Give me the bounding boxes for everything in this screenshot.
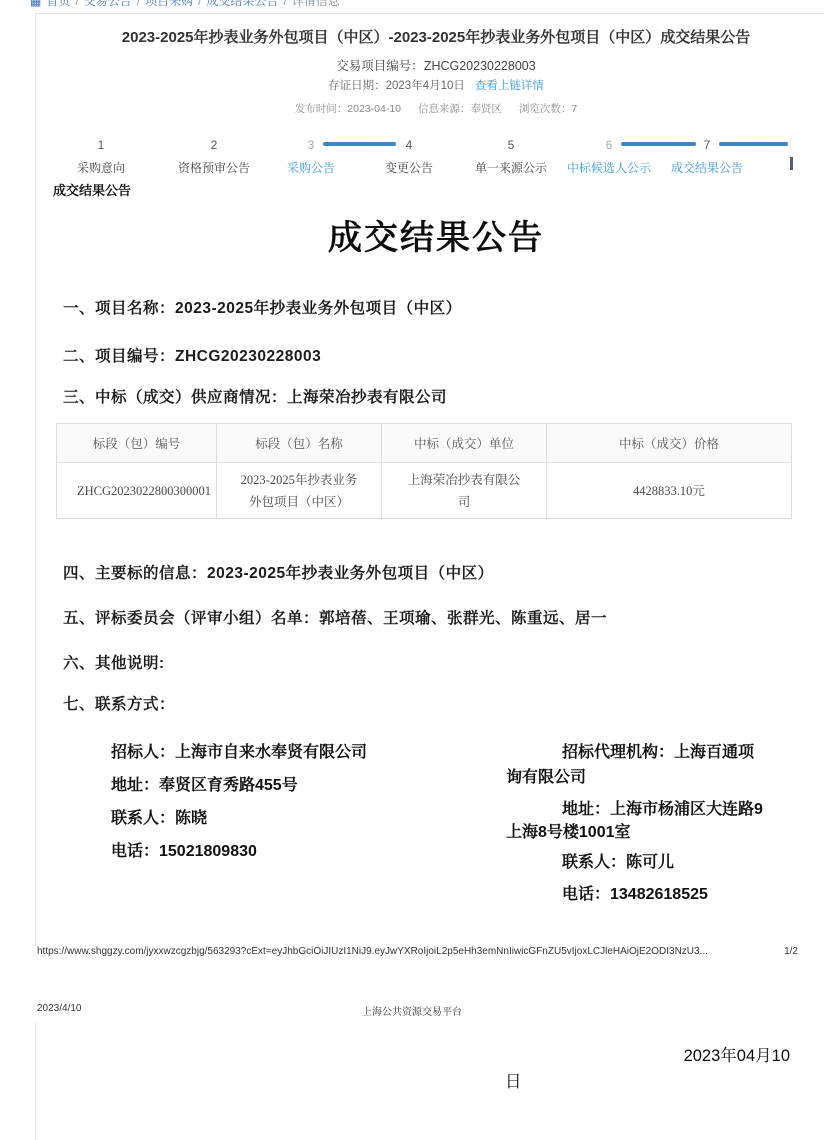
publish-info-row: 发布时间：2023-04-10 信息来源：奉贤区 浏览次数：7 [36,101,824,116]
project-number-value: ZHCG20230228003 [424,59,536,73]
breadcrumb: ▦ 首页 / 交易公告 / 项目采购 / 成交结果公告 / 详情信息 [30,0,340,9]
notice-card: 2023-2025年抄表业务外包项目（中区）-2023-2025年抄表业务外包项… [35,13,824,946]
section-contact: 七、联系方式： [63,692,175,714]
col-header-winner: 中标（成交）单位 [382,424,547,463]
table-row: ZHCG2023022800300001 2023-2025年抄表业务外包项目（… [57,463,792,519]
print-header-site-title: 上海公共资源交易平台 [0,1003,824,1018]
tenderer-contact-person: 联系人：陈晓 [111,805,207,828]
cert-date-label: 存证日期： [328,80,386,92]
section-page-label: 成交结果公告 [53,180,131,199]
section-committee: 五、评标委员会（评审小组）名单：郭培蓓、王项瑜、张群光、陈重远、居一 [63,606,607,628]
breadcrumb-item-procurement[interactable]: 项目采购 [145,0,193,9]
agency-address-line1: 地址：上海市杨浦区大连路9 [506,796,763,819]
award-result-table: 标段（包）编号 标段（包）名称 中标（成交）单位 中标（成交）价格 ZHCG20… [56,423,792,519]
agency-phone: 电话：13482618525 [506,881,708,904]
agency-address-line2: 上海8号楼1001室 [506,819,631,842]
print-preview-page: ▦ 首页 / 交易公告 / 项目采购 / 成交结果公告 / 详情信息 2023-… [0,0,824,1140]
cell-lot-name: 2023-2025年抄表业务外包项目（中区） [217,463,382,519]
print-footer-url: https://www.shggzy.com/jyxxwzcgzbjg/5632… [37,946,708,957]
section-supplier: 三、中标（成交）供应商情况：上海荣冶抄表有限公司 [63,385,447,407]
col-header-lot-number: 标段（包）编号 [57,424,217,463]
step-connector-line [719,142,788,146]
breadcrumb-item-result[interactable]: 成交结果公告 [206,0,278,9]
project-number-label: 交易项目编号： [336,59,424,73]
views-value: 7 [571,103,577,115]
breadcrumb-separator: / [137,0,140,8]
print-footer-page-number: 1/2 [784,946,798,957]
step-connector-line [323,142,396,146]
notice-card-continuation [35,1022,824,1140]
col-header-price: 中标（成交）价格 [547,424,792,463]
cert-date-value: 2023年4月10日 [386,80,465,92]
signature-date-line1: 2023年04月10 [684,1042,790,1066]
section-project-name: 一、项目名称：2023-2025年抄表业务外包项目（中区） [63,296,462,318]
breadcrumb-separator: / [75,0,78,8]
step-label: 成交结果公告 [637,159,777,176]
announcement-title: 2023-2025年抄表业务外包项目（中区）-2023-2025年抄表业务外包项… [36,26,824,47]
view-chain-link[interactable]: 查看上链详情 [475,80,544,92]
tenderer-phone: 电话：15021809830 [111,838,257,861]
breadcrumb-separator: / [283,0,286,8]
source-label: 信息来源： [418,103,471,115]
tenderer-address: 地址：奉贤区育秀路455号 [111,772,298,795]
section-subject-info: 四、主要标的信息：2023-2025年抄表业务外包项目（中区） [63,561,494,583]
col-header-lot-name: 标段（包）名称 [217,424,382,463]
signature-date-line2: 日 [505,1068,522,1092]
source-value: 奉贤区 [470,103,502,115]
home-grid-icon: ▦ [30,0,41,7]
table-header-row: 标段（包）编号 标段（包）名称 中标（成交）单位 中标（成交）价格 [57,424,792,463]
views-label: 浏览次数： [519,103,572,115]
publish-time-label: 发布时间： [295,103,348,115]
project-number-row: 交易项目编号：ZHCG20230228003 [36,56,824,74]
publish-time-value: 2023-04-10 [347,103,401,115]
tenderer-name: 招标人：上海市自来水奉贤有限公司 [111,739,367,762]
cell-winner: 上海荣冶抄表有限公司 [382,463,547,519]
breadcrumb-item-announcements[interactable]: 交易公告 [84,0,132,9]
notice-heading: 成交结果公告 [36,210,824,259]
breadcrumb-item-detail: 详情信息 [292,0,340,9]
section-project-number: 二、项目编号：ZHCG20230228003 [63,344,321,366]
clipped-next-step-fragment [790,157,793,170]
breadcrumb-separator: / [198,0,201,8]
breadcrumb-item-home[interactable]: 首页 [46,0,70,9]
cell-price: 4428833.10元 [547,463,792,519]
section-other-notes: 六、其他说明: [63,651,165,673]
step-connector-line [621,142,696,146]
agency-name-line2: 询有限公司 [506,764,586,787]
cert-date-row: 存证日期：2023年4月10日查看上链详情 [36,77,824,93]
cell-lot-number: ZHCG2023022800300001 [57,463,217,519]
agency-name-line1: 招标代理机构：上海百通项 [506,739,754,762]
agency-contact-person: 联系人：陈可儿 [506,849,674,872]
